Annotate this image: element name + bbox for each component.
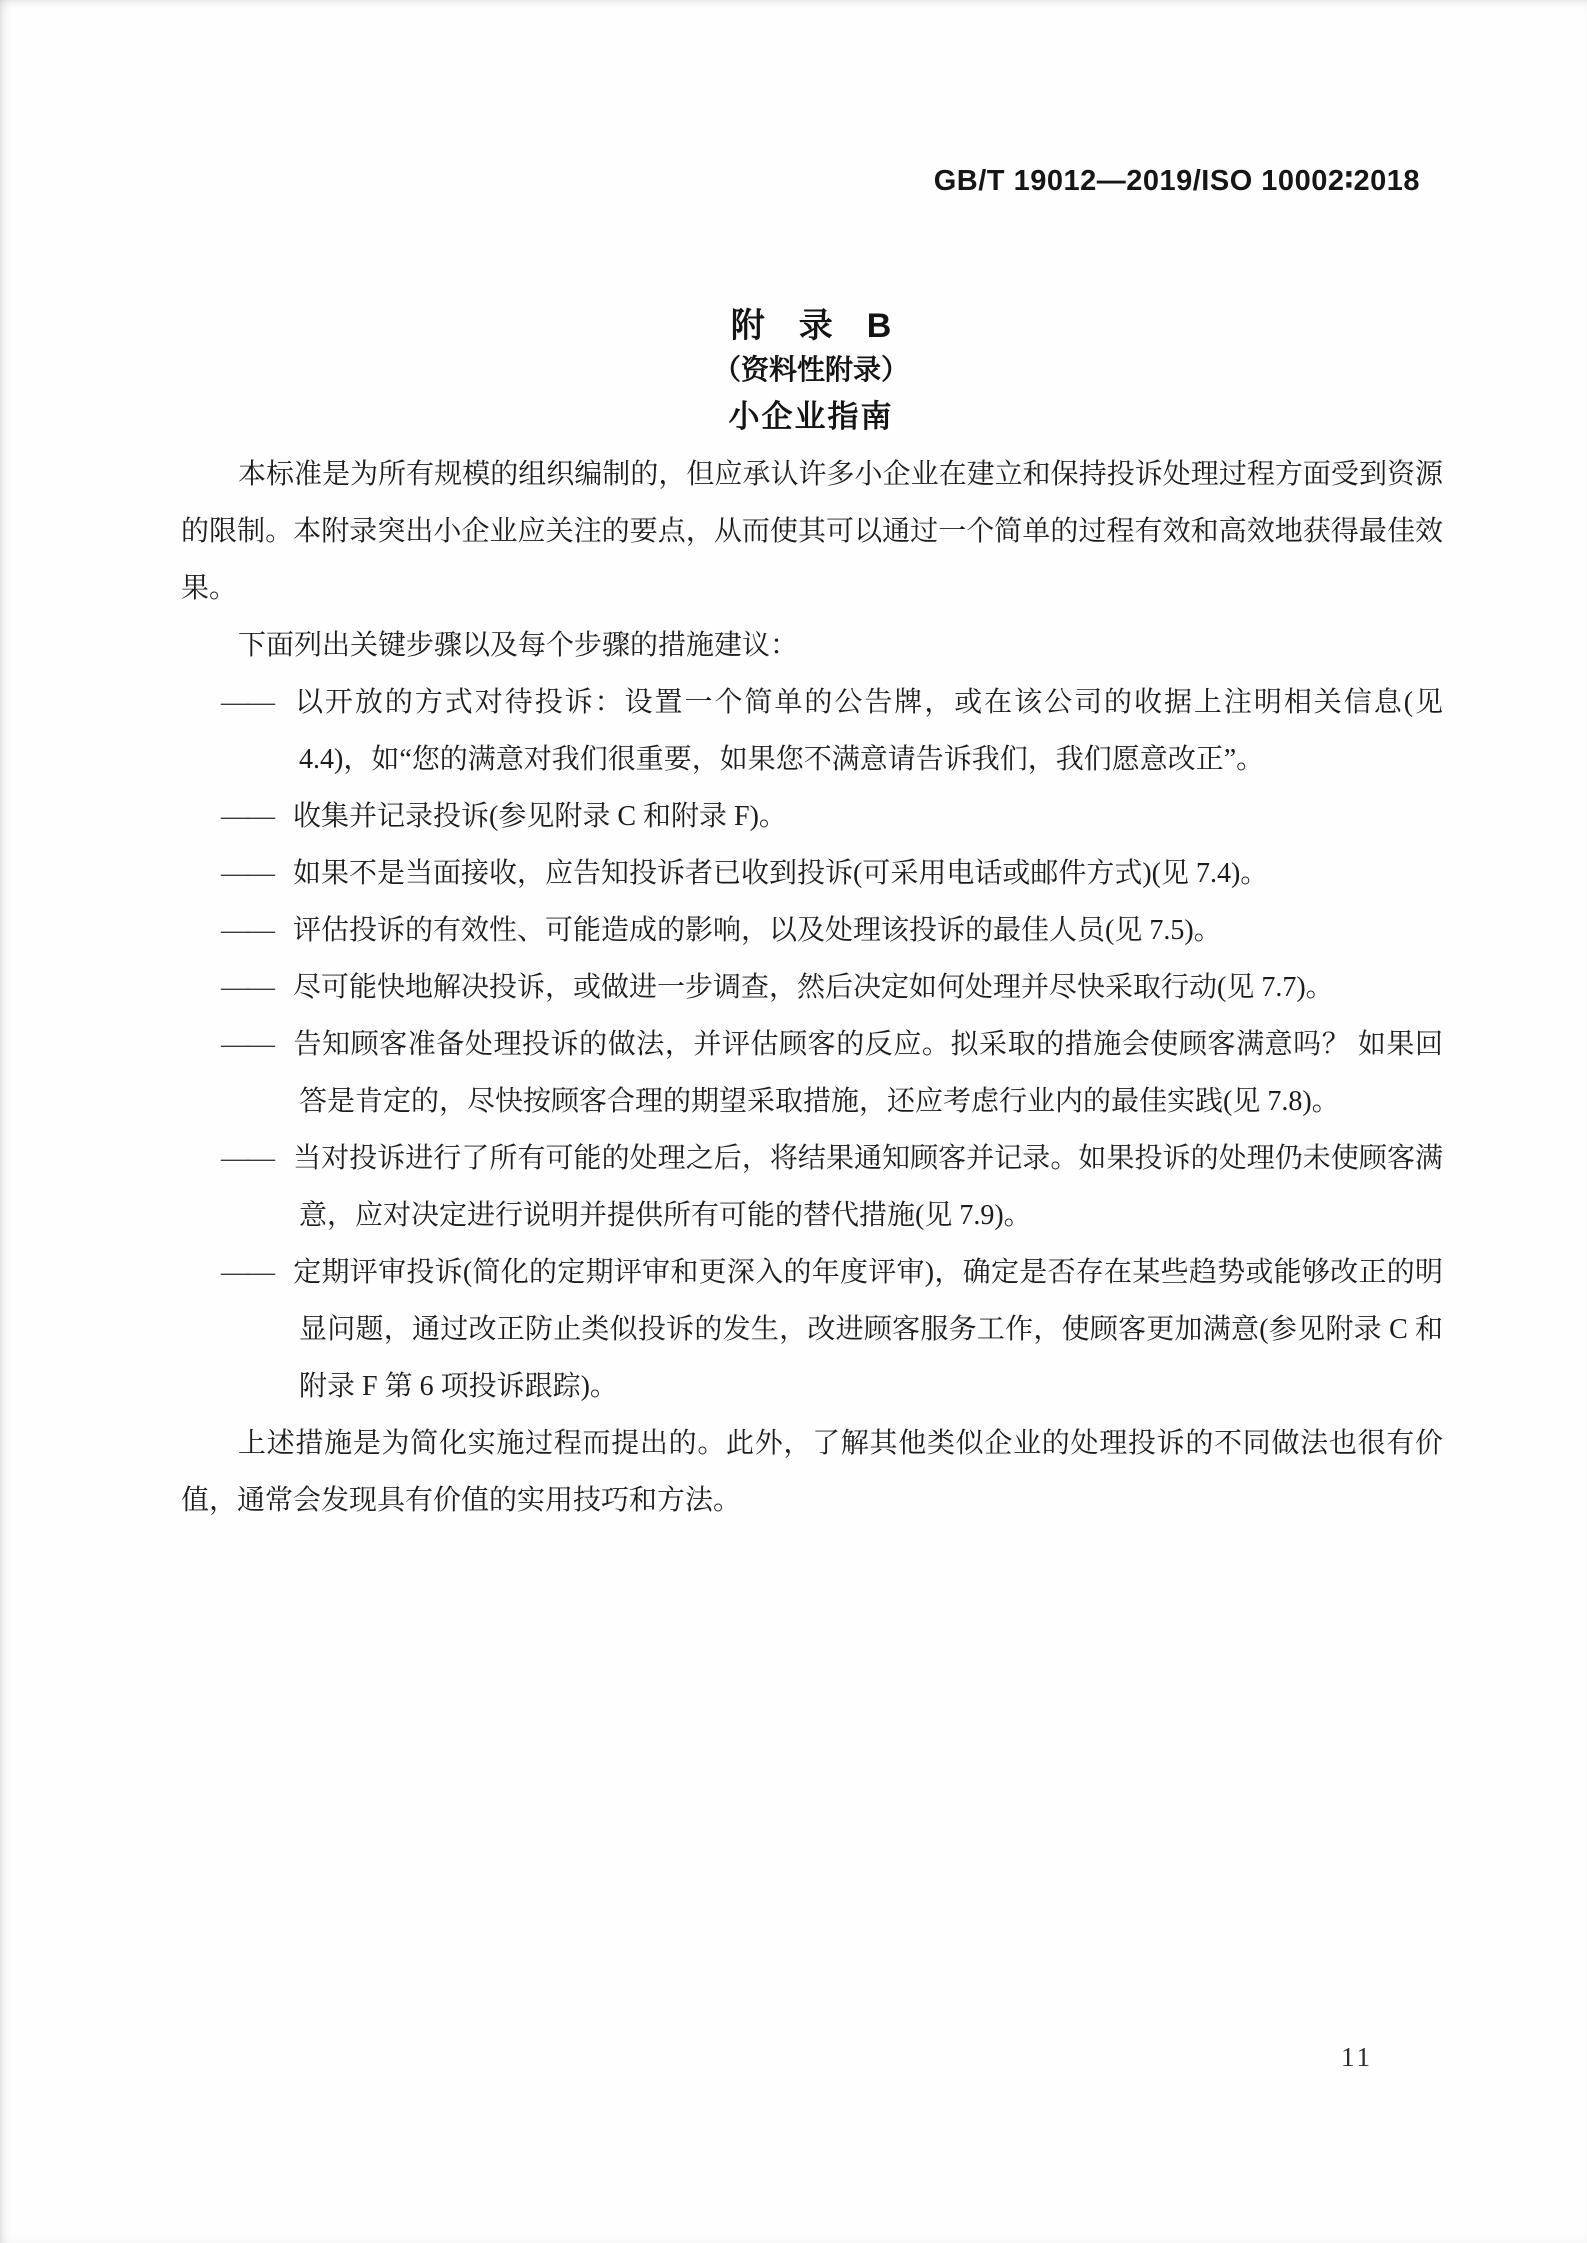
em-dash-marker: —— <box>221 687 273 718</box>
em-dash-marker: —— <box>221 1029 273 1060</box>
step-item: ——告知顾客准备处理投诉的做法，并评估顾客的反应。拟采取的措施会使顾客满意吗？ … <box>181 1016 1443 1130</box>
em-dash-marker: —— <box>221 858 273 889</box>
step-item: ——尽可能快地解决投诉，或做进一步调查，然后决定如何处理并尽快采取行动(见 7.… <box>181 959 1443 1016</box>
step-item: ——当对投诉进行了所有可能的处理之后，将结果通知顾客并记录。如果投诉的处理仍未使… <box>181 1130 1443 1244</box>
em-dash-marker: —— <box>221 1257 273 1288</box>
em-dash-marker: —— <box>221 915 273 946</box>
closing-paragraph: 上述措施是为简化实施过程而提出的。此外，了解其他类似企业的处理投诉的不同做法也很… <box>181 1415 1443 1529</box>
step-text: 定期评审投诉(简化的定期评审和更深入的年度评审)，确定是否存在某些趋势或能够改正… <box>293 1257 1443 1402</box>
em-dash-marker: —— <box>221 801 273 832</box>
key-steps-list: ——以开放的方式对待投诉：设置一个简单的公告牌，或在该公司的收据上注明相关信息(… <box>181 674 1443 1415</box>
appendix-type-note: （资料性附录） <box>180 348 1442 388</box>
lead-in-paragraph: 下面列出关键步骤以及每个步骤的措施建议： <box>181 617 1443 674</box>
em-dash-marker: —— <box>221 1143 273 1174</box>
body-content: 本标准是为所有规模的组织编制的，但应承认许多小企业在建立和保持投诉处理过程方面受… <box>181 446 1443 1529</box>
appendix-title: 小企业指南 <box>180 391 1442 436</box>
step-text: 尽可能快地解决投诉，或做进一步调查，然后决定如何处理并尽快采取行动(见 7.7)… <box>293 972 1334 1003</box>
step-text: 告知顾客准备处理投诉的做法，并评估顾客的反应。拟采取的措施会使顾客满意吗？ 如果… <box>293 1029 1443 1117</box>
page-number: 11 <box>1341 2042 1373 2073</box>
appendix-label: 附 录 B <box>180 298 1442 347</box>
step-text: 评估投诉的有效性、可能造成的影响，以及处理该投诉的最佳人员(见 7.5)。 <box>293 915 1222 946</box>
step-item: ——如果不是当面接收，应告知投诉者已收到投诉(可采用电话或邮件方式)(见 7.4… <box>181 845 1443 902</box>
step-item: ——评估投诉的有效性、可能造成的影响，以及处理该投诉的最佳人员(见 7.5)。 <box>181 902 1443 959</box>
standard-code-header: GB/T 19012—2019/ISO 10002∶2018 <box>934 163 1420 198</box>
step-text: 当对投诉进行了所有可能的处理之后，将结果通知顾客并记录。如果投诉的处理仍未使顾客… <box>293 1143 1443 1231</box>
document-page: GB/T 19012—2019/ISO 10002∶2018 附 录 B （资料… <box>0 0 1587 2243</box>
step-item: ——以开放的方式对待投诉：设置一个简单的公告牌，或在该公司的收据上注明相关信息(… <box>181 674 1443 788</box>
step-item: ——定期评审投诉(简化的定期评审和更深入的年度评审)，确定是否存在某些趋势或能够… <box>181 1244 1443 1415</box>
step-text: 如果不是当面接收，应告知投诉者已收到投诉(可采用电话或邮件方式)(见 7.4)。 <box>293 858 1268 889</box>
step-text: 以开放的方式对待投诉：设置一个简单的公告牌，或在该公司的收据上注明相关信息(见 … <box>293 687 1443 775</box>
intro-paragraph: 本标准是为所有规模的组织编制的，但应承认许多小企业在建立和保持投诉处理过程方面受… <box>181 446 1443 617</box>
em-dash-marker: —— <box>221 972 273 1003</box>
step-text: 收集并记录投诉(参见附录 C 和附录 F)。 <box>293 801 787 832</box>
step-item: ——收集并记录投诉(参见附录 C 和附录 F)。 <box>181 788 1443 845</box>
